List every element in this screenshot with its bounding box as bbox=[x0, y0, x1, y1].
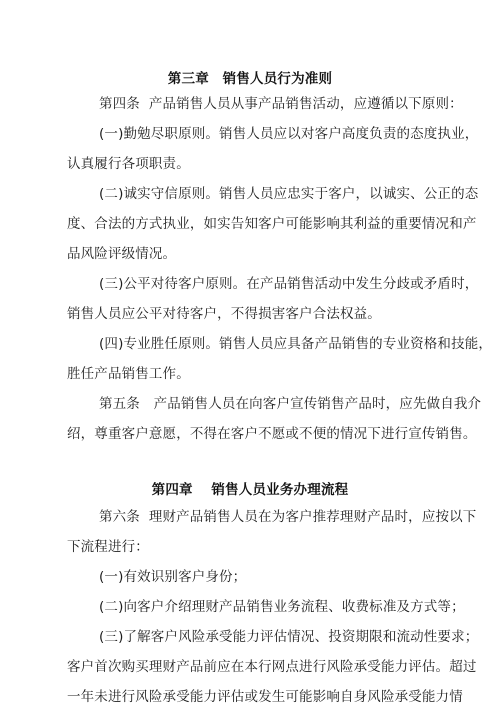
principle-2-line-3: 品风险评级情况。 bbox=[67, 246, 176, 262]
principle-3-line-2: 销售人员应公平对待客户，不得损害客户合法权益。 bbox=[67, 306, 381, 322]
article-6-line-2: 下流程进行： bbox=[67, 539, 149, 555]
principle-3-line-1: (三)公平对待客户原则。在产品销售活动中发生分歧或矛盾时， bbox=[99, 276, 478, 292]
step-2: (二)向客户介绍理财产品销售业务流程、收费标准及方式等； bbox=[99, 599, 465, 615]
principle-1-line-2: 认真履行各项职责。 bbox=[67, 156, 190, 172]
principle-2-line-1: (二)诚实守信原则。销售人员应忠实于客户，以诚实、公正的态 bbox=[99, 186, 478, 202]
chapter-3-heading: 第三章 销售人员行为准则 bbox=[0, 67, 500, 87]
principle-1-line-1: (一)勤勉尽职原则。销售人员应以对客户高度负责的态度执业， bbox=[99, 126, 478, 142]
principle-4-line-1: (四)专业胜任原则。销售人员应具备产品销售的专业资格和技能， bbox=[99, 336, 492, 352]
article-5-line-1: 第五条 产品销售人员在向客户宣传销售产品时，应先做自我介 bbox=[99, 396, 481, 412]
step-3-line-1: (三)了解客户风险承受能力评估情况、投资期限和流动性要求； bbox=[99, 629, 478, 645]
article-6-line-1: 第六条 理财产品销售人员在为客户推荐理财产品时，应按以下 bbox=[99, 509, 476, 525]
article-5-line-2: 绍，尊重客户意愿，不得在客户不愿或不便的情况下进行宣传销售。 bbox=[67, 426, 477, 442]
chapter-4-heading: 第四章 销售人员业务办理流程 bbox=[0, 478, 500, 498]
step-1: (一)有效识别客户身份； bbox=[99, 569, 246, 585]
step-3-line-2: 客户首次购买理财产品前应在本行网点进行风险承受能力评估。超过 bbox=[67, 659, 477, 675]
principle-4-line-2: 胜任产品销售工作。 bbox=[67, 366, 190, 382]
step-3-line-3: 一年未进行风险承受能力评估或发生可能影响自身风险承受能力情 bbox=[67, 689, 463, 705]
principle-2-line-2: 度、合法的方式执业，如实告知客户可能影响其利益的重要情况和产 bbox=[67, 216, 477, 232]
article-4-intro: 第四条 产品销售人员从事产品销售活动，应遵循以下原则： bbox=[99, 96, 463, 112]
document-page: 第三章 销售人员行为准则 第四条 产品销售人员从事产品销售活动，应遵循以下原则：… bbox=[0, 0, 500, 707]
